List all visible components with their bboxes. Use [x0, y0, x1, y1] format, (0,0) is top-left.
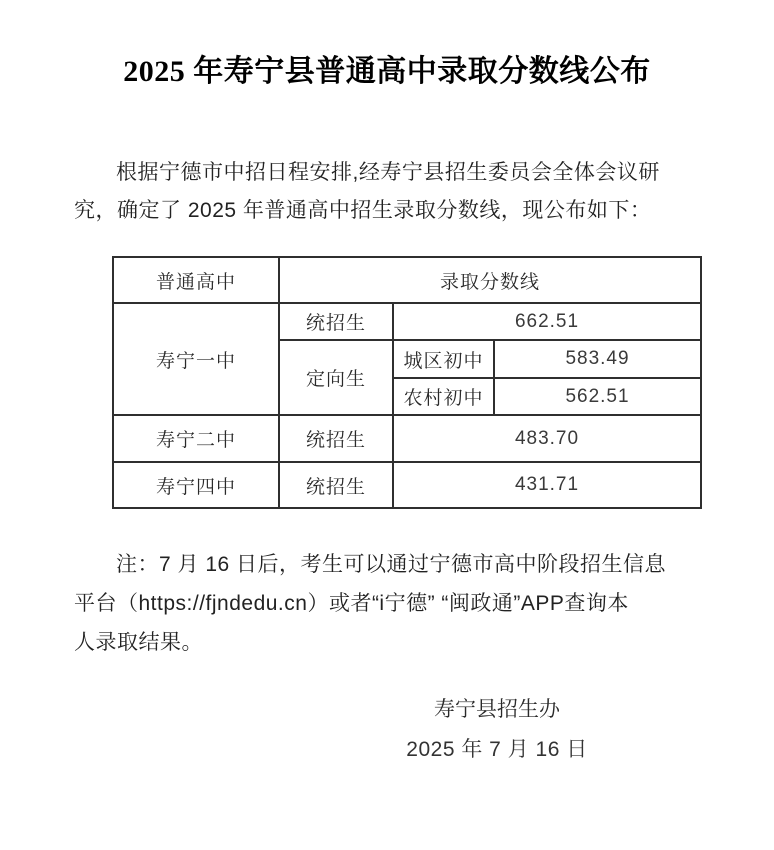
type-directed-no1: 定向生 — [279, 340, 393, 415]
signature-block: 寿宁县招生办 2025 年 7 月 16 日 — [347, 690, 647, 770]
type-unified-no4: 统招生 — [279, 462, 393, 508]
score-unified-no2: 483.70 — [393, 415, 701, 462]
subtype-rural-junior: 农村初中 — [393, 378, 494, 415]
intro-line-2: 究，确定了 2025 年普通高中招生录取分数线，现公布如下： — [74, 192, 700, 230]
school-shouning-no2: 寿宁二中 — [113, 415, 279, 462]
document-page: 2025 年寿宁县普通高中录取分数线公布 根据宁德市中招日程安排,经寿宁县招生委… — [0, 0, 774, 850]
note-line-3: 人录取结果。 — [74, 623, 700, 662]
subtype-urban-junior: 城区初中 — [393, 340, 494, 378]
school-shouning-no4: 寿宁四中 — [113, 462, 279, 508]
table-header-row: 普通高中 录取分数线 — [113, 257, 701, 303]
document-title: 2025 年寿宁县普通高中录取分数线公布 — [74, 52, 700, 92]
signature-office: 寿宁县招生办 — [347, 690, 647, 730]
note-line-1: 注：7 月 16 日后，考生可以通过宁德市高中阶段招生信息 — [74, 545, 700, 584]
note-paragraph: 注：7 月 16 日后，考生可以通过宁德市高中阶段招生信息 平台（https:/… — [74, 545, 700, 662]
score-table: 普通高中 录取分数线 寿宁一中 统招生 662.51 定向生 城区初中 583.… — [112, 256, 702, 509]
header-school-column: 普通高中 — [113, 257, 279, 303]
intro-line-1: 根据宁德市中招日程安排,经寿宁县招生委员会全体会议研 — [74, 154, 700, 192]
table-row: 寿宁一中 统招生 662.51 — [113, 303, 701, 340]
score-rural-junior: 562.51 — [494, 378, 701, 415]
note-line-2: 平台（https://fjndedu.cn）或者“i宁德” “闽政通”APP查询… — [74, 584, 700, 623]
intro-paragraph: 根据宁德市中招日程安排,经寿宁县招生委员会全体会议研 究，确定了 2025 年普… — [74, 154, 700, 230]
score-unified-no4: 431.71 — [393, 462, 701, 508]
type-unified-no2: 统招生 — [279, 415, 393, 462]
header-score-line-column: 录取分数线 — [279, 257, 701, 303]
table-row: 寿宁四中 统招生 431.71 — [113, 462, 701, 508]
signature-date: 2025 年 7 月 16 日 — [347, 730, 647, 770]
type-unified-no1: 统招生 — [279, 303, 393, 340]
table-row: 寿宁二中 统招生 483.70 — [113, 415, 701, 462]
score-unified-no1: 662.51 — [393, 303, 701, 340]
school-shouning-no1: 寿宁一中 — [113, 303, 279, 415]
score-urban-junior: 583.49 — [494, 340, 701, 378]
